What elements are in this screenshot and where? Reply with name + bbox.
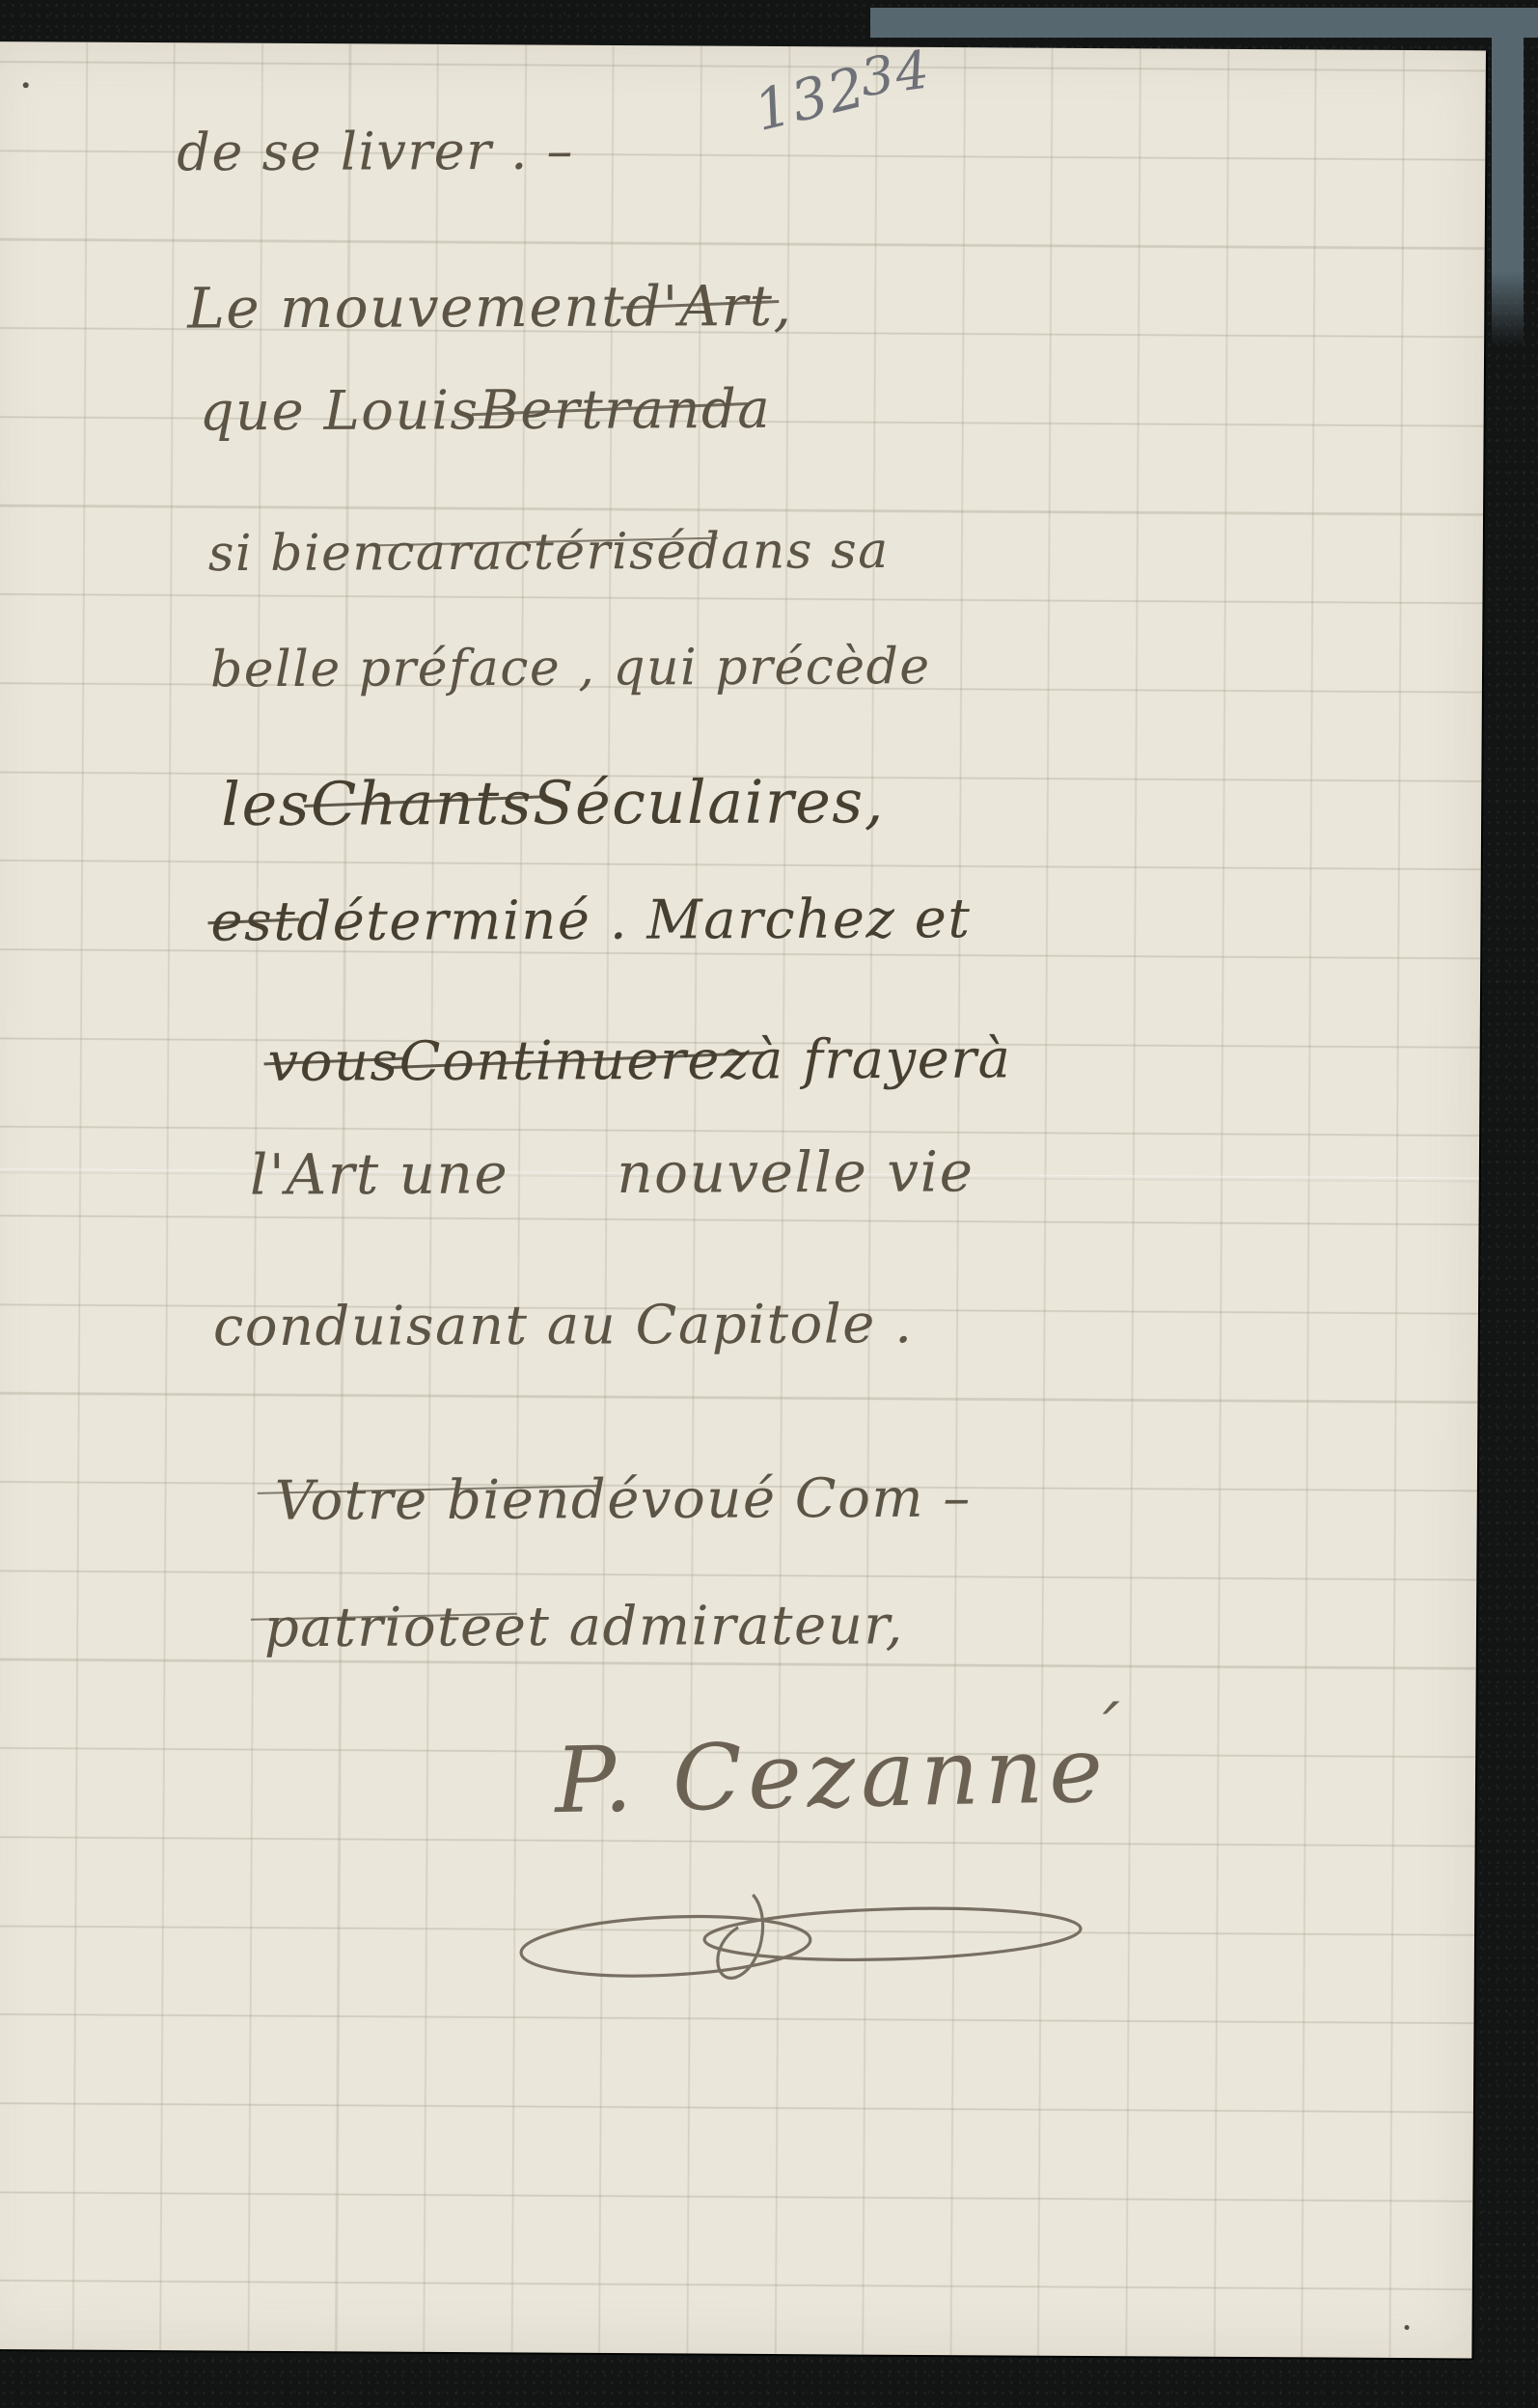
signature: P. Cezanne´	[554, 1718, 1110, 1834]
handwriting-text: Séculaires,	[533, 772, 885, 834]
signature-flourish	[511, 1875, 1091, 2005]
handwriting-line: l'Art unenouvelle vie	[250, 1143, 975, 1202]
mat-board-right-strip	[1492, 8, 1524, 345]
paper-speck	[23, 82, 29, 88]
handwriting-line: si bien caractérisé dans sa	[208, 526, 890, 579]
handwriting-text: déterminé . Marchez et	[296, 892, 971, 949]
crossed-out-word: Chants	[311, 774, 533, 835]
handwriting-text: de se livrer . –	[177, 125, 574, 179]
crossed-out-word: Continuerez	[399, 1034, 751, 1090]
crossed-out-word: vous	[267, 1035, 398, 1090]
manuscript-scan-page: { "page": { "description": "Handwritten …	[0, 0, 1538, 2408]
handwriting-line: que Louis Bertrand a	[200, 383, 772, 440]
handwriting-line: les Chants Séculaires,	[221, 772, 885, 835]
mat-board-top-strip	[870, 8, 1538, 38]
paper-speck	[1405, 2325, 1410, 2330]
folio-number-34: 34	[857, 39, 934, 108]
handwriting-line: est déterminé . Marchez et	[210, 892, 971, 949]
signature-name: P. Cezanne	[554, 1718, 1110, 1834]
handwriting-text: et admirateur,	[494, 1599, 904, 1655]
handwriting-text: a	[737, 383, 771, 437]
tbar-stroked-word: caractérisé	[386, 527, 687, 578]
folio-number-132: 132	[748, 53, 872, 144]
handwriting-text: l'Art une	[250, 1145, 509, 1202]
handwriting-text: ,	[773, 278, 792, 334]
crossed-out-word: est	[210, 895, 296, 949]
handwriting-text: nouvelle vie	[617, 1143, 974, 1201]
handwriting-text: si bien	[208, 528, 387, 579]
letter-sheet: 132 34 de se livrer . – Le mouvement d'A…	[0, 41, 1486, 2358]
handwriting-line: Votre bien dévoué Com –	[275, 1471, 972, 1528]
handwriting-text: dans sa	[687, 526, 889, 577]
handwriting-text: les	[221, 775, 311, 835]
handwriting-line: conduisant au Capitole .	[213, 1298, 914, 1354]
handwriting-line: Le mouvement d'Art ,	[187, 278, 792, 337]
handwriting-text: conduisant au Capitole .	[213, 1298, 914, 1354]
handwriting-line: de se livrer . –	[177, 125, 574, 179]
handwriting-line: belle préface , qui précède	[210, 642, 931, 695]
crossed-out-word: d'Art	[625, 278, 774, 335]
handwriting-line: patriote et admirateur,	[264, 1599, 904, 1655]
crossed-out-word: Bertrand	[480, 383, 738, 438]
handwriting-text: belle préface , qui précède	[210, 642, 931, 695]
signature-accent-mark: ´	[1085, 1692, 1126, 1772]
tbar-stroked-word: patriote	[264, 1601, 494, 1655]
handwriting-text: que Louis	[200, 384, 480, 439]
handwriting-text: à frayerà	[751, 1032, 1012, 1087]
handwriting-line: vous Continuerez à frayerà	[267, 1032, 1011, 1089]
handwriting-text: dévoué Com –	[571, 1471, 972, 1527]
handwriting-text: Le mouvement	[187, 279, 625, 337]
tbar-stroked-word: Votre bien	[275, 1473, 571, 1528]
